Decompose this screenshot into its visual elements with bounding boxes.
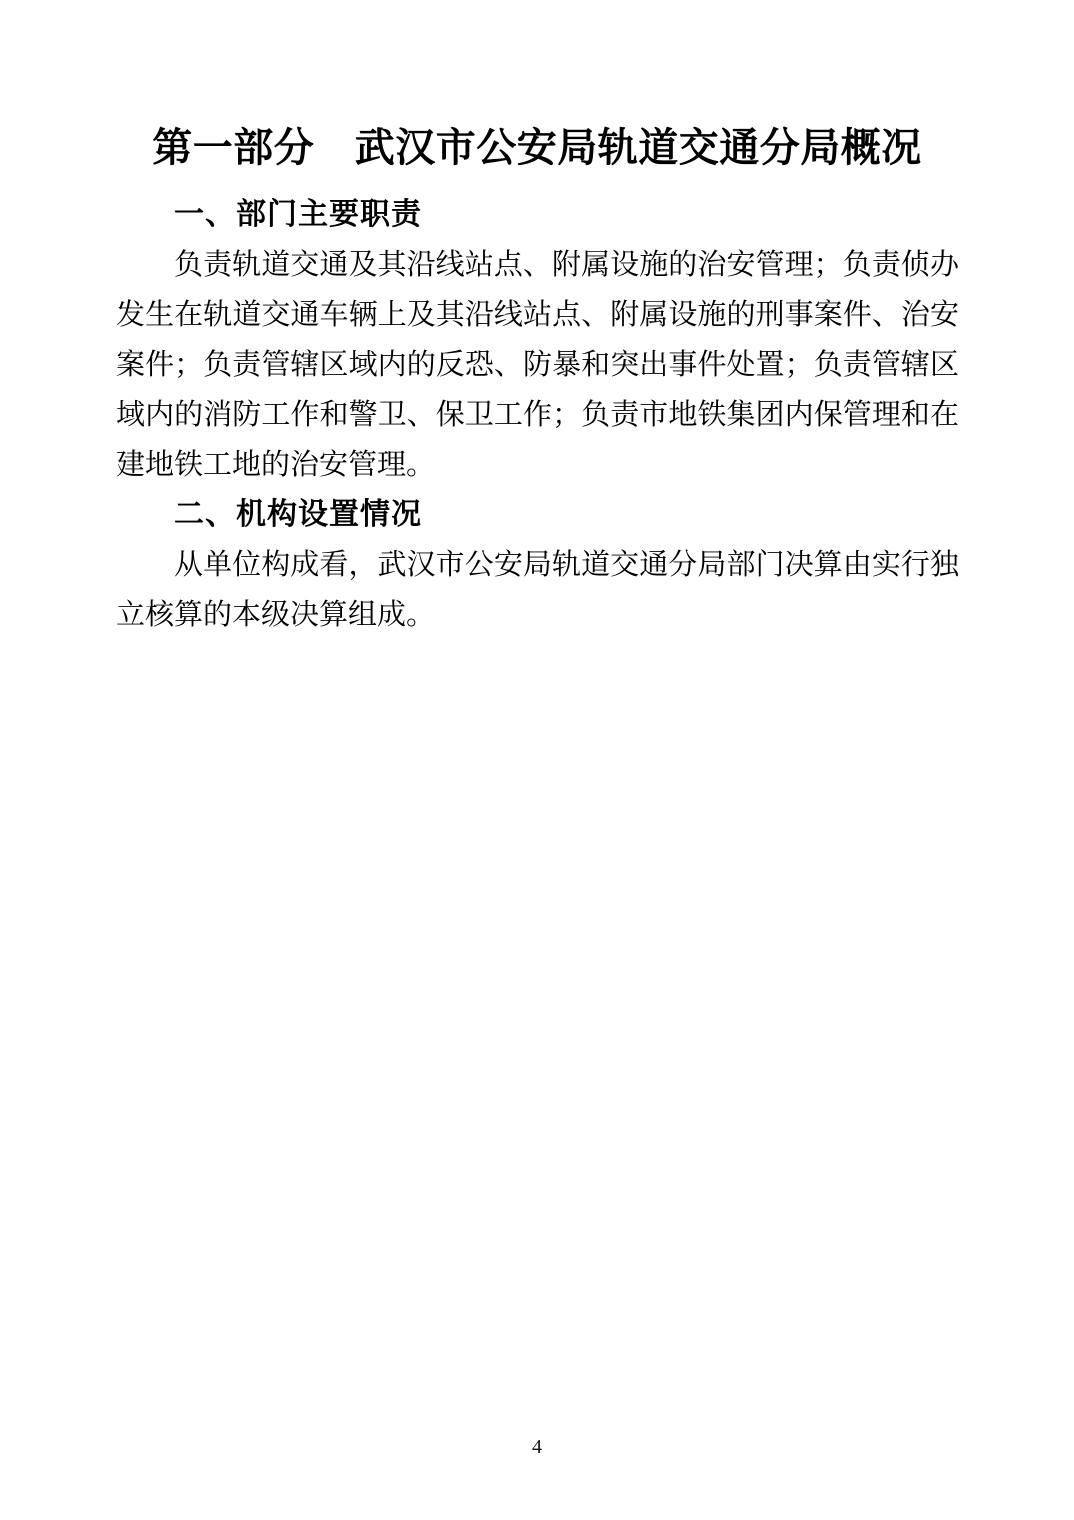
section-heading-org-structure: 二、机构设置情况 (116, 490, 959, 540)
section-org-structure: 二、机构设置情况 从单位构成看，武汉市公安局轨道交通分局部门决算由实行独立核算的… (116, 490, 959, 640)
document-body: 一、部门主要职责 负责轨道交通及其沿线站点、附属设施的治安管理；负责侦办发生在轨… (116, 190, 959, 640)
paragraph-main-duties: 负责轨道交通及其沿线站点、附属设施的治安管理；负责侦办发生在轨道交通车辆上及其沿… (116, 240, 959, 490)
section-main-duties: 一、部门主要职责 负责轨道交通及其沿线站点、附属设施的治安管理；负责侦办发生在轨… (116, 190, 959, 490)
page-footer: 4 (0, 1432, 1074, 1462)
document-title: 第一部分 武汉市公安局轨道交通分局概况 (0, 123, 1074, 173)
page-number: 4 (532, 1436, 542, 1458)
document-page: 第一部分 武汉市公安局轨道交通分局概况 一、部门主要职责 负责轨道交通及其沿线站… (0, 0, 1074, 1520)
paragraph-org-structure: 从单位构成看，武汉市公安局轨道交通分局部门决算由实行独立核算的本级决算组成。 (116, 540, 959, 640)
section-heading-main-duties: 一、部门主要职责 (116, 190, 959, 240)
